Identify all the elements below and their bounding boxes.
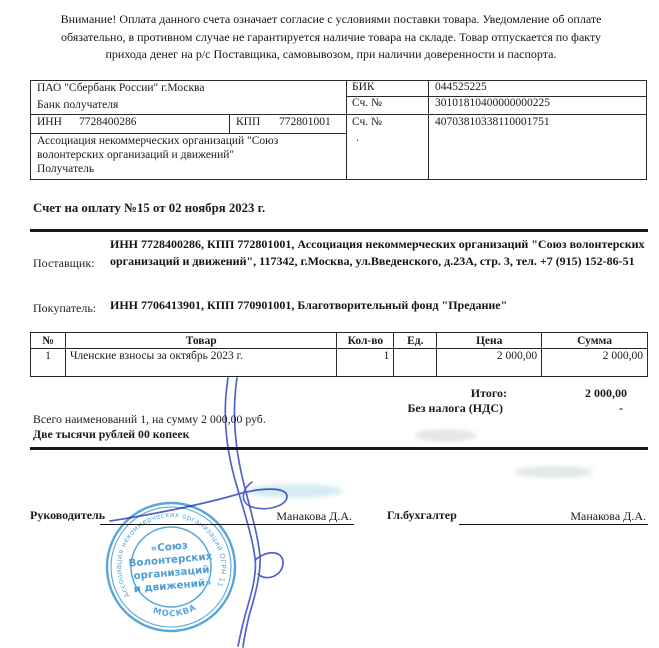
invoice-document: Внимание! Оплата данного счета означает … bbox=[0, 0, 659, 648]
pen-signature bbox=[0, 0, 659, 648]
